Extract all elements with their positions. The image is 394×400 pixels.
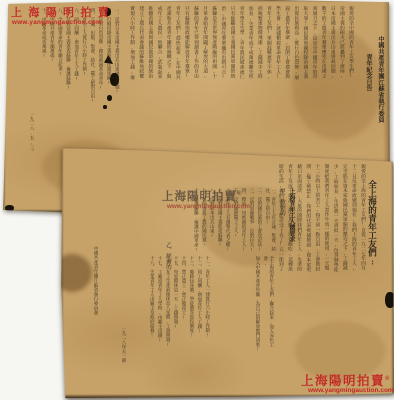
text-column: 只有推翻帝國主義國民黨軍閥的統	[229, 6, 236, 78]
text-column: 閉,罷工被禁止,我們的代表被捕被殺,資本家更	[305, 164, 312, 272]
text-column: 十五、每星期休息一天,工錢照發!	[172, 256, 178, 329]
text-column: 實現六小時工作制,增加工錢,廢	[129, 6, 136, 79]
text-column: 五、反對開除罷工工人!	[232, 188, 238, 238]
paper-edge-left	[2, 0, 6, 213]
paper-edge-left	[60, 146, 64, 398]
text-column: 一、青年工人有言論、集會、結社、罷工的自由!	[264, 188, 276, 254]
text-column: 學生會,逮捕槍殺革命青年工人!	[274, 6, 281, 79]
text-column: 八、反對日本出兵山東!	[209, 188, 215, 238]
text-column: 六、青年工人有選舉代表之權!	[224, 188, 230, 252]
text-column: 八、全中國革命的青年聯合起來!	[57, 8, 63, 76]
text-column: 殺工農青年羣眾,封閉工會農會與	[284, 6, 291, 79]
text-column: 青年工友們!軍閥混戰連年不休,	[265, 6, 272, 79]
text-column: 九、中國共產青年團萬歲!	[49, 8, 55, 63]
text-column: 完全陷在資本家與國民黨軍閥的壓迫之下,工錢減	[341, 164, 348, 270]
doc-back-doc-title: 青年紀念日告	[364, 54, 371, 102]
doc-front-signature: 中國共產青年團江蘇省執行委員會	[84, 246, 98, 342]
text-column: 青年工友們!趕快起來,在中國共	[174, 6, 181, 79]
text-column: 青年學生失學,青年農民破產流亡	[238, 6, 245, 79]
doc-front-title: 全上海的青年工友們:	[368, 180, 377, 272]
text-column: 十七、工廠設青年工人學校,由廠主出錢!	[156, 256, 162, 343]
text-column: 十四、禁止童工,禁止做夜工!	[180, 256, 186, 320]
text-column: 七、反對帝國主義進攻蘇聯,擁護蘇聯!	[65, 8, 71, 90]
text-column: 十、中國革命成功萬歲!	[41, 8, 47, 58]
text-column: 三、反對軍閥戰爭,反對拉夫!	[248, 188, 254, 252]
text-column: 只有蘇維埃政權能解放青年羣眾!	[183, 6, 190, 79]
text-column: 義屠刀之下,這是全中國青年的奇	[311, 6, 318, 79]
text-column: 四、釋放一切被捕的青年工人!	[240, 188, 246, 252]
text-column: 五、青年工人實行六小時工作制!	[81, 8, 87, 76]
doc-front-date-text: 一九二八年五一節	[120, 326, 126, 363]
text-column: 加長,失業青年成千成萬流離失所	[247, 6, 254, 79]
text-column: 親愛的全中國的青年工友學生們!	[347, 6, 354, 79]
doc-back-date: 一九二八,五,三。	[20, 112, 34, 172]
text-column: 月革命給青年開闢了解放的大道,	[202, 6, 209, 79]
text-column: 二、反對國民黨的工會登記法!	[256, 188, 262, 252]
doc-front-requests-heading: 上海青年工人總要求	[287, 188, 296, 250]
text-column: 九、打倒屠殺工農的國民黨!	[201, 188, 207, 247]
text-column: 推翻帝國主義與國民黨軍閥的統治	[147, 6, 154, 78]
text-column: 蘇聯是全世界無產階級的祖國,十	[211, 6, 218, 79]
text-column: 一、反對日本帝國主義出兵山東屠殺同胞!	[114, 8, 120, 94]
ink-blot	[385, 292, 394, 308]
text-column: 十一、青年工人一律實行六小時工作制!	[204, 256, 210, 338]
text-column: 日本帝國主義出兵山東屠殺同胞,	[329, 6, 336, 79]
text-column: 帝國主義的砲火已經轟到了濟南,	[338, 6, 345, 79]
text-column: 數千的工農青年羣眾慘死在帝國主	[320, 6, 327, 78]
text-column: 捐稅繁重物價飛漲,工錢減少工時	[256, 6, 263, 79]
text-column: 十六、女工生產前後休息八星期,工資照發!	[164, 256, 170, 347]
doc-back-date-text: 一九二八,五,三。	[28, 112, 34, 154]
text-column: 十二、同工同酬,增加青年工人工錢!	[196, 256, 202, 334]
paper-edge-top	[60, 146, 394, 149]
text-column: 十二日反革命政變到現在,我們上海的青年工人,	[350, 164, 357, 271]
doc-front-closing: 全上海的青年工友們,聯合起來,加入赤色工會,加入中國共產青年團,為自己的解放奮鬥…	[212, 256, 274, 352]
paper-edge-top	[2, 0, 390, 2]
text-column: 治,中國青年羣眾纔有出路可言!	[220, 6, 227, 79]
text-column: 十二小時以上的苦工,得不到一點自由,工會被封	[314, 164, 321, 271]
paper-edge-bottom	[60, 394, 394, 398]
text-column: 二、打倒投降帝國主義的國民黨軍閥!	[106, 8, 112, 85]
text-column: 產黨和共產青年團的旗幟之下,與	[165, 6, 172, 79]
text-column: 建立工農兵代表會議的蘇維埃政權	[138, 6, 145, 78]
text-column: 七、反對帝國主義進攻蘇聯!	[217, 188, 223, 247]
text-column: 十三、廢除包身制、學徒制等奴役制度!	[188, 256, 194, 338]
text-column: 加入中國共產青年團,為自己的解放奮鬥到底!	[254, 256, 260, 352]
ink-blot	[5, 205, 14, 211]
document-front: 全上海的青年工友們: 親愛的全上海的青年工友們!自從一九二七年四月十二日反革命政…	[60, 146, 394, 398]
text-column: 十、擁護蘇聯,擁護中國革命!	[193, 188, 199, 252]
text-column: 三、反對白色恐怖,釋放被捕革命青年!	[98, 8, 104, 90]
doc-back-org-title: 中國共產青年團江蘇省執行委員	[376, 36, 383, 134]
text-column: 藉口市面清淡,大批的開除我們青年工人,失業的	[296, 164, 303, 271]
document-front-paper: 全上海的青年工友們: 親愛的全上海的青年工友們!自從一九二七年四月十二日反革命政…	[60, 146, 394, 398]
auction-photo: 中國共產青年團江蘇省執行委員 青年紀念日告 親愛的全中國的青年工友學生們!帝國主…	[0, 0, 394, 400]
doc-back-body: 親愛的全中國的青年工友學生們!帝國主義的砲火已經轟到了濟南,日本帝國主義出兵山東…	[128, 6, 354, 146]
text-column: 親愛的全上海的青年工友們!自從一九二七年四月	[359, 164, 366, 270]
text-column: 四、言論、出版、集會、結社、罷工絕對自由!	[90, 8, 96, 103]
text-column: 蘇聯的青年已得到讀書工作的自由	[192, 6, 199, 78]
text-column: 全上海的青年工友們,聯合起來,加入赤色工會,	[262, 256, 274, 352]
doc-front-signature-text: 中國共產青年團江蘇省執行委員會	[92, 246, 98, 315]
text-column: 恥大辱!國民黨軍閥投降帝國主義	[302, 6, 309, 79]
text-column: 六、同工同酬,增加青年工人工錢!	[73, 8, 79, 81]
doc-front-items-political: 一、青年工人有言論、集會、結社、罷工的自由!二、反對國民黨的工會登記法!三、反對…	[156, 188, 276, 254]
doc-front-section-a-label: 甲、政治的:	[278, 188, 286, 228]
text-column: 少,工時加長,生活費一天貴似一天,包身制學徒	[332, 164, 339, 272]
doc-front-date: 一九二八年五一節	[112, 326, 126, 384]
text-column: 成年工人農民一致聯合,武裝起來	[156, 6, 163, 79]
text-column: 出賣民族利益,實行白色恐怖,屠	[293, 6, 300, 79]
text-column: 制度把我們青年工人當作牛馬一樣的使用,一天做	[323, 164, 330, 270]
text-column: 十八、失業青年工人由廠主及政府給養!	[149, 256, 155, 338]
